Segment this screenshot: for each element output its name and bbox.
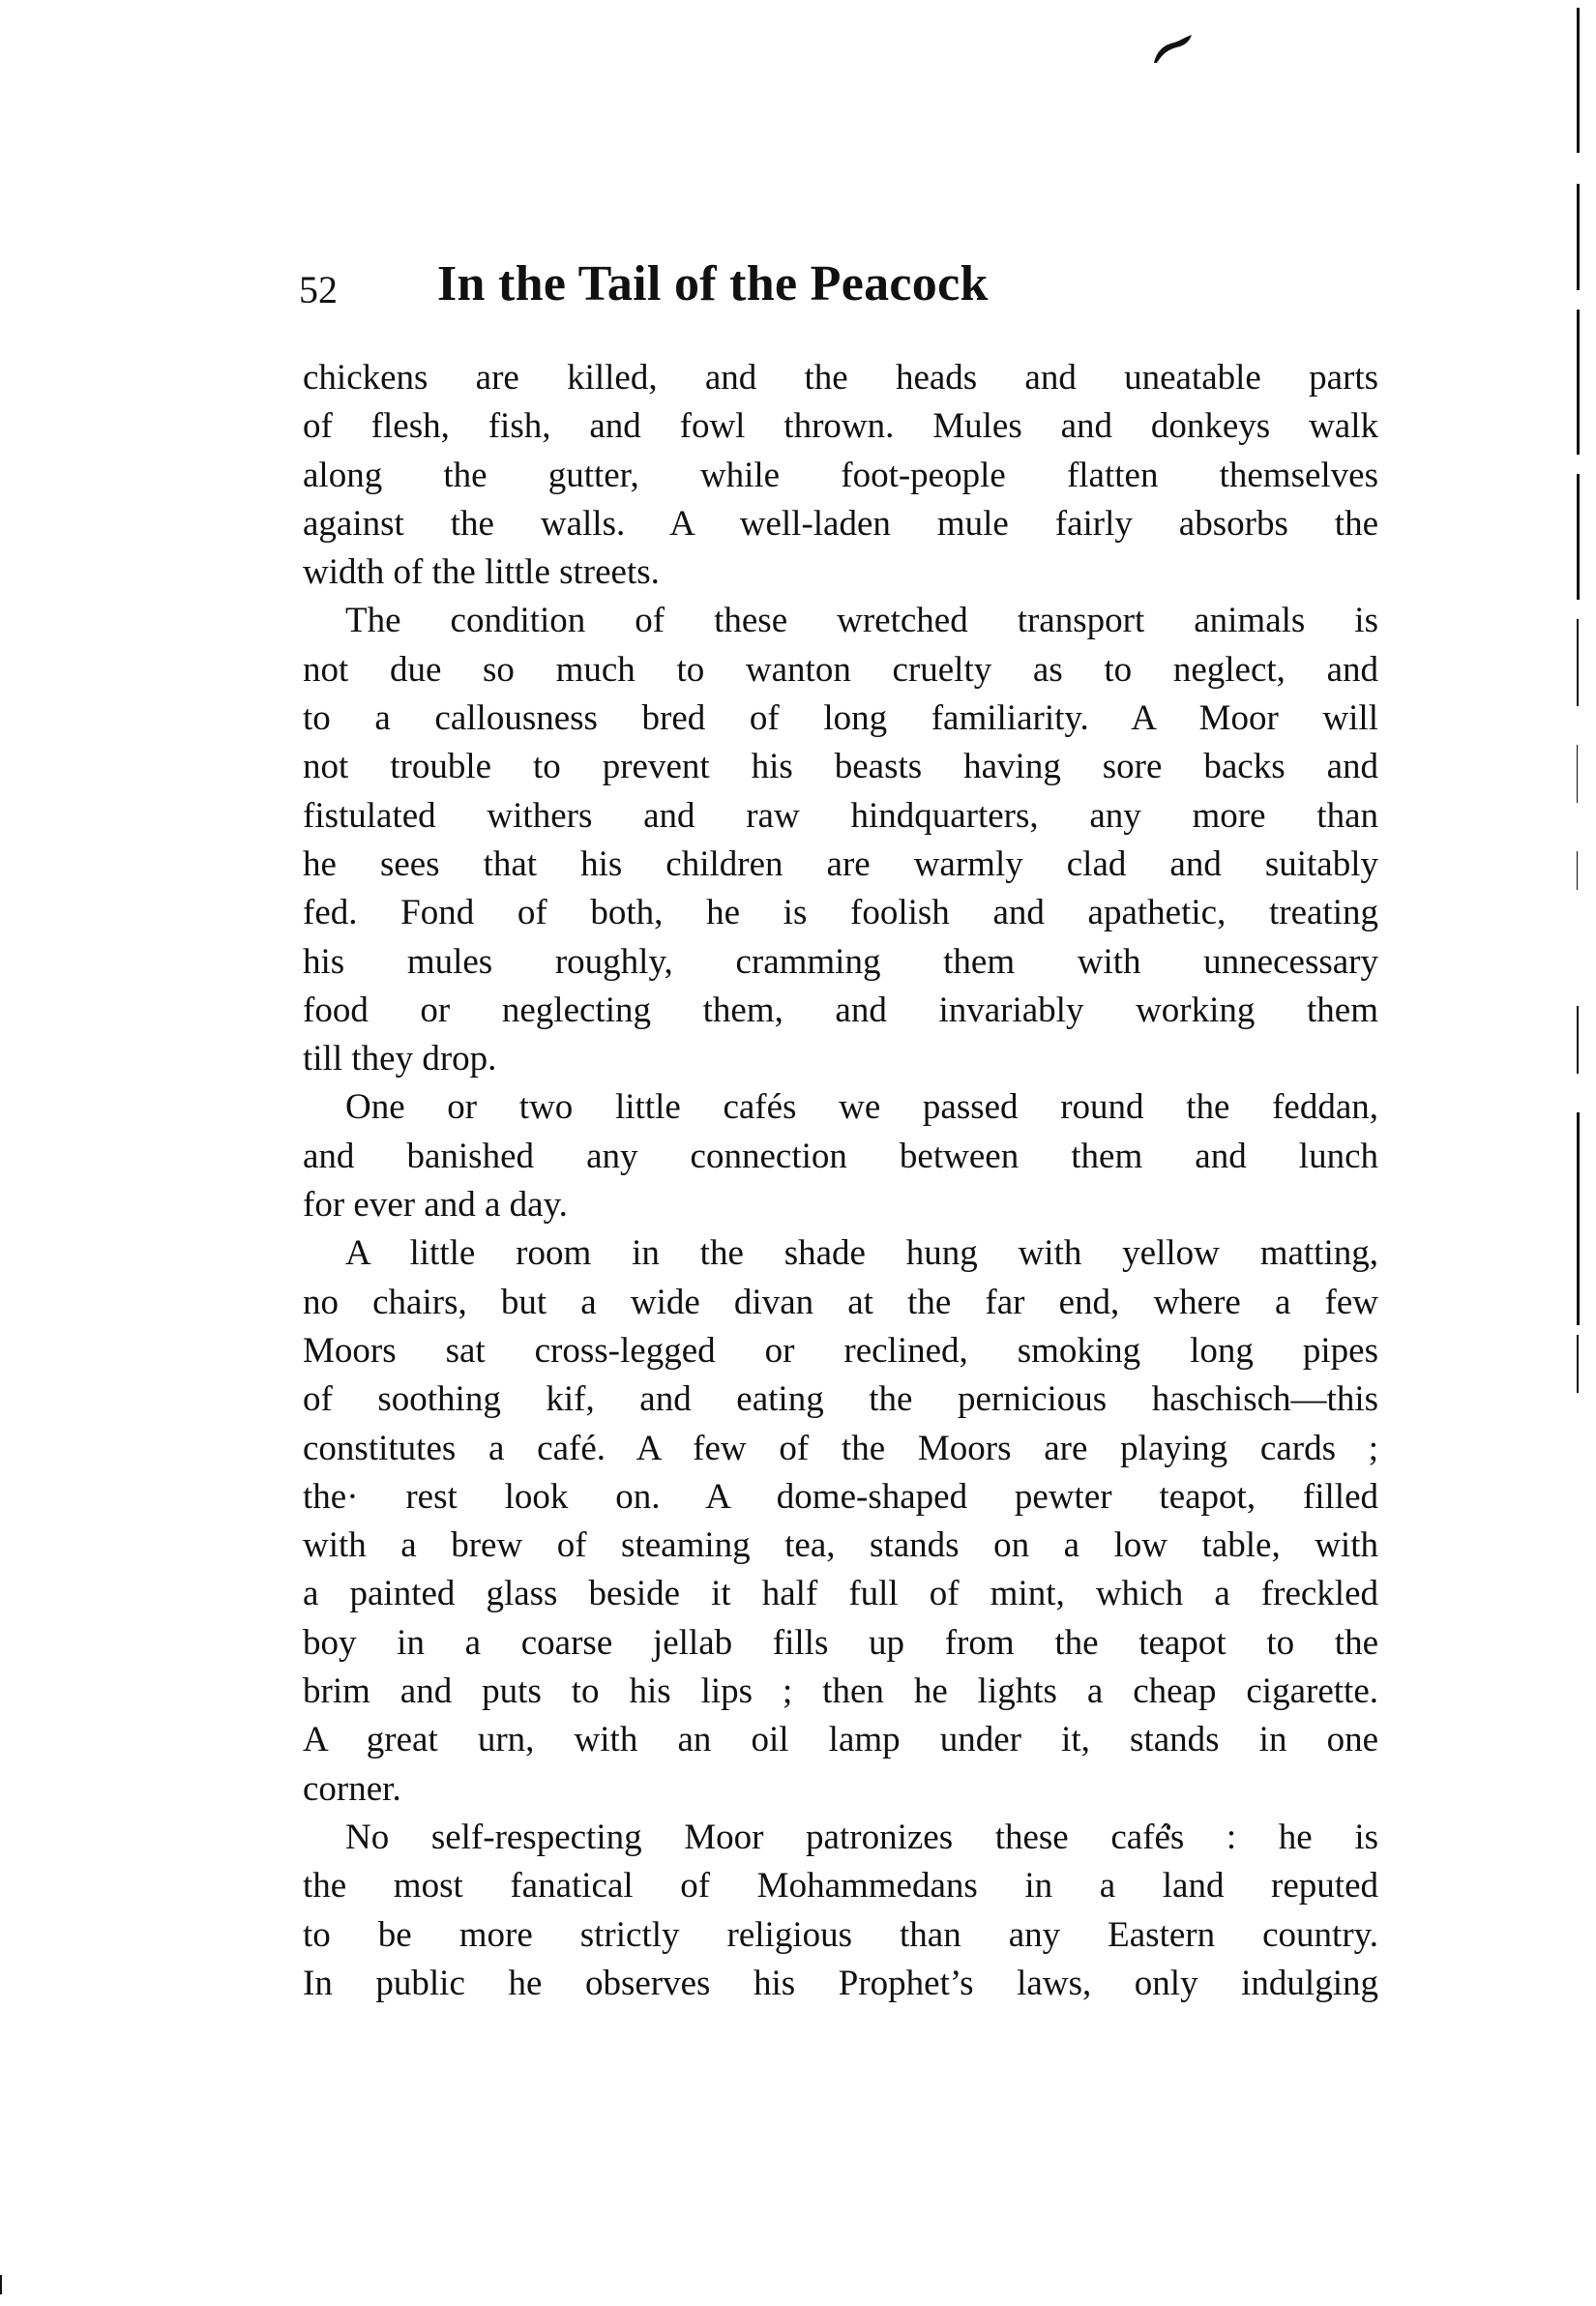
page-title: In the Tail of the Peacock <box>437 255 1153 313</box>
text-line: constitutes a café. A few of the Moors a… <box>303 1425 1378 1473</box>
text-line: with a brew of steaming tea, stands on a… <box>303 1522 1378 1570</box>
paragraph: No self-respecting Moor patronizes these… <box>303 1814 1378 2008</box>
text-line: In public he observes his Prophet’s laws… <box>303 1960 1378 2008</box>
scan-edge-line <box>1577 474 1580 600</box>
text-line: to be more strictly religious than any E… <box>303 1911 1378 1960</box>
text-line: of soothing kif, and eating the pernicio… <box>303 1375 1378 1424</box>
text-line: corner. <box>303 1765 1378 1814</box>
text-line: fistulated withers and raw hindquarters,… <box>303 792 1378 841</box>
paragraph: The condition of these wretched transpor… <box>303 597 1378 1083</box>
text-line: One or two little cafés we passed round … <box>303 1083 1378 1132</box>
text-line: The condition of these wretched transpor… <box>303 597 1378 645</box>
body-text: chickens are killed, and the heads and u… <box>303 354 1378 2008</box>
scan-edge-line <box>1577 851 1578 890</box>
text-line: till they drop. <box>303 1035 1378 1083</box>
paragraph: A little room in the shade hung with yel… <box>303 1229 1378 1814</box>
text-line: no chairs, but a wide divan at the far e… <box>303 1279 1378 1327</box>
book-page: 52 In the Tail of the Peacock chickens a… <box>0 0 1596 2306</box>
paragraph: chickens are killed, and the heads and u… <box>303 354 1378 597</box>
text-line: and banished any connection between them… <box>303 1133 1378 1181</box>
text-line: brim and puts to his lips ; then he ligh… <box>303 1668 1378 1716</box>
text-line: against the walls. A well-laden mule fai… <box>303 500 1378 548</box>
scan-edge-line <box>1577 310 1580 455</box>
paragraph: One or two little cafés we passed round … <box>303 1083 1378 1229</box>
text-line: of flesh, fish, and fowl thrown. Mules a… <box>303 402 1378 451</box>
scan-edge-line <box>1577 8 1580 153</box>
text-line: A little room in the shade hung with yel… <box>303 1229 1378 1278</box>
text-line: for ever and a day. <box>303 1181 1378 1229</box>
text-line: No self-respecting Moor patronizes these… <box>303 1814 1378 1862</box>
text-line: to a callousness bred of long familiarit… <box>303 695 1378 743</box>
text-line: the· rest look on. A dome-shaped pewter … <box>303 1473 1378 1522</box>
text-line: A great urn, with an oil lamp under it, … <box>303 1716 1378 1764</box>
scan-edge-line <box>1577 184 1580 290</box>
text-line: chickens are killed, and the heads and u… <box>303 354 1378 402</box>
text-line: not trouble to prevent his beasts having… <box>303 743 1378 791</box>
text-line: he sees that his children are warmly cla… <box>303 841 1378 889</box>
scan-edge-line <box>1577 1006 1579 1074</box>
text-line: Moors sat cross-legged or reclined, smok… <box>303 1327 1378 1375</box>
text-line: a painted glass beside it half full of m… <box>303 1570 1378 1618</box>
scan-edge-line <box>1577 619 1579 706</box>
text-line: food or neglecting them, and invariably … <box>303 987 1378 1035</box>
text-line: width of the little streets. <box>303 548 1378 597</box>
text-line: boy in a coarse jellab fills up from the… <box>303 1619 1378 1668</box>
text-line: his mules roughly, cramming them with un… <box>303 938 1378 987</box>
page-number: 52 <box>299 267 338 313</box>
text-line: fed. Fond of both, he is foolish and apa… <box>303 889 1378 937</box>
scan-edge-line <box>1577 1112 1580 1325</box>
text-line: along the gutter, while foot-people flat… <box>303 452 1378 500</box>
text-line: the most fanatical of Mohammedans in a l… <box>303 1862 1378 1910</box>
scan-edge-line <box>1577 745 1578 803</box>
text-line: not due so much to wanton cruelty as to … <box>303 646 1378 695</box>
scan-edge-line <box>0 2275 2 2294</box>
ink-mark-icon <box>1151 33 1196 66</box>
scan-edge-line <box>1577 1335 1579 1393</box>
